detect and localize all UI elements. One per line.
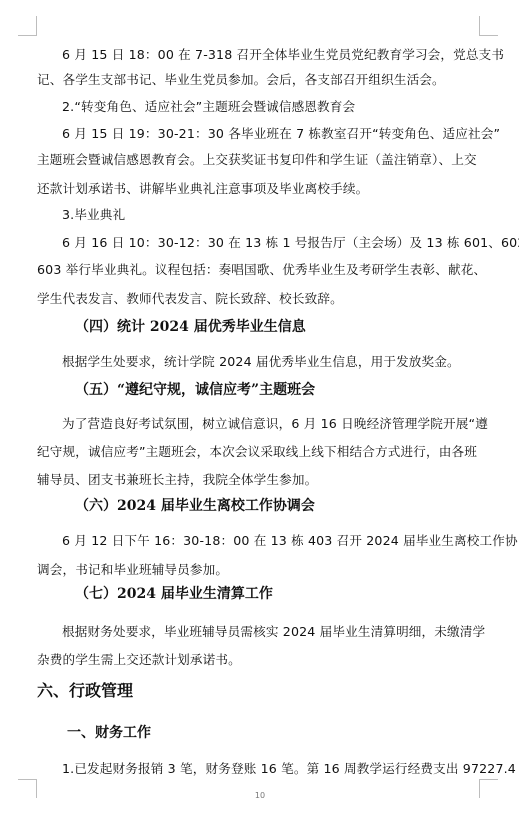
page-corner-mark-top-right — [479, 16, 498, 36]
paragraph-line: 杂费的学生需上交还款计划承诺书。 — [37, 652, 482, 668]
list-item-heading: 3.毕业典礼 — [62, 207, 507, 223]
paragraph-line: 记、各学生支部书记、毕业生党员参加。会后，各支部召开组织生活会。 — [37, 72, 482, 88]
paragraph-line: 根据财务处要求，毕业班辅导员需核实 2024 届毕业生清算明细，未缴清学 — [62, 624, 507, 640]
page-number: 10 — [252, 791, 268, 800]
paragraph-line: 学生代表发言、教师代表发言、院长致辞、校长致辞。 — [37, 291, 482, 307]
paragraph-line: 6 月 15 日 19：30-21：30 各毕业班在 7 栋教室召开“转变角色、… — [62, 126, 507, 142]
paragraph-line: 6 月 16 日 10：30-12：30 在 13 栋 1 号报告厅（主会场）及… — [62, 235, 507, 251]
subheading: （五）“遵纪守规，诚信应考”主题班会 — [75, 381, 315, 399]
list-item-heading: 2.“转变角色、适应社会”主题班会暨诚信感恩教育会 — [62, 99, 507, 115]
subheading: （四）统计 2024 届优秀毕业生信息 — [75, 318, 306, 336]
paragraph-line: 6 月 15 日 18：00 在 7-318 召开全体毕业生党员党纪教育学习会，… — [62, 47, 507, 63]
page-corner-mark-bottom-right — [479, 779, 498, 798]
paragraph-line: 还款计划承诺书、讲解毕业典礼注意事项及毕业离校手续。 — [37, 181, 482, 197]
paragraph-line: 纪守规，诚信应考”主题班会，本次会议采取线上线下相结合方式进行，由各班 — [37, 444, 482, 460]
paragraph-line: 1.已发起财务报销 3 笔，财务登账 16 笔。第 16 周教学运行经费支出 9… — [62, 761, 507, 777]
paragraph-line: 主题班会暨诚信感恩教育会。上交获奖证书复印件和学生证（盖注销章）、上交 — [37, 152, 482, 168]
page-corner-mark-bottom-left — [18, 779, 37, 798]
paragraph-line: 603 举行毕业典礼。议程包括：奏唱国歌、优秀毕业生及考研学生表彰、献花、 — [37, 262, 482, 278]
paragraph-line: 辅导员、团支书兼班长主持，我院全体学生参加。 — [37, 472, 482, 488]
paragraph-line: 调会，书记和毕业班辅导员参加。 — [37, 562, 482, 578]
subheading: （七）2024 届毕业生清算工作 — [75, 585, 273, 603]
paragraph-line: 6 月 12 日下午 16：30-18：00 在 13 栋 403 召开 202… — [62, 533, 507, 549]
section-heading: 六、行政管理 — [37, 681, 133, 701]
subsection-heading: 一、财务工作 — [67, 724, 151, 742]
paragraph-line: 根据学生处要求，统计学院 2024 届优秀毕业生信息，用于发放奖金。 — [62, 354, 507, 370]
page-corner-mark-top-left — [18, 16, 37, 36]
paragraph-line: 为了营造良好考试氛围，树立诚信意识，6 月 16 日晚经济管理学院开展“遵 — [62, 416, 507, 432]
subheading: （六）2024 届毕业生离校工作协调会 — [75, 497, 315, 515]
